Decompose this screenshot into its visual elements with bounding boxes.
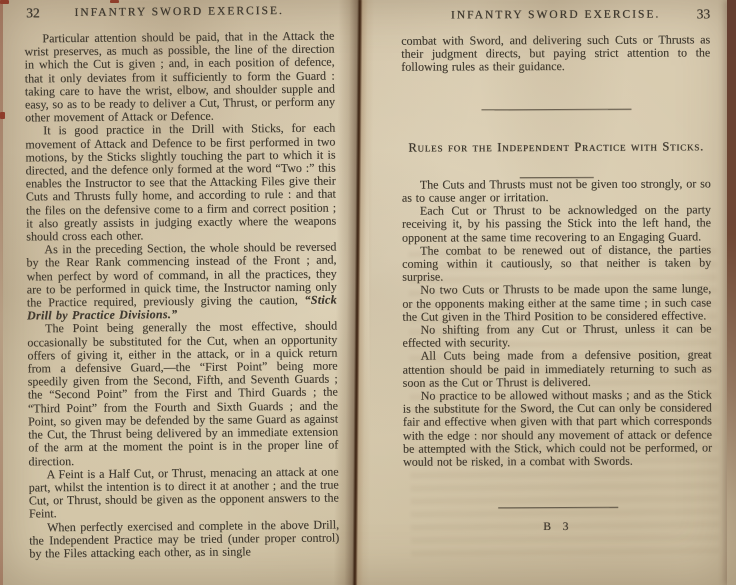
paragraph: When perfectly exercised and complete in… — [29, 518, 339, 561]
running-title: INFANTRY SWORD EXERCISE. — [24, 4, 334, 19]
page-header-left: 32 INFANTRY SWORD EXERCISE. — [24, 4, 334, 25]
page-body-left: Particular attention should be paid, tha… — [24, 29, 339, 560]
section-heading: Rules for the Independent Practice with … — [402, 140, 711, 155]
page-number: 32 — [26, 5, 40, 21]
paragraph: As in the preceding Section, the whole s… — [26, 241, 337, 323]
running-title: INFANTRY SWORD EXERCISE. — [401, 8, 710, 21]
page-right: INFANTRY SWORD EXERCISE. 33 combat with … — [368, 0, 736, 585]
rule-paragraph: No shifting from any Cut or Thrust, unle… — [402, 322, 711, 350]
page-header-right: INFANTRY SWORD EXERCISE. 33 — [401, 8, 710, 27]
page-body-right: combat with Sword, and delivering such C… — [401, 33, 712, 535]
page-number: 33 — [697, 6, 711, 22]
paragraph: The Point being generally the most effec… — [27, 320, 338, 468]
rule-paragraph: The Cuts and Thrusts must not be given t… — [402, 177, 711, 205]
footer-divider — [498, 507, 618, 509]
rule-paragraph: No practice to be allowed without masks … — [403, 388, 712, 469]
continuation-paragraph: combat with Sword, and delivering such C… — [401, 33, 710, 74]
paragraph-text: As in the preceding Section, the whole s… — [26, 240, 336, 310]
signature-mark: B 3 — [403, 521, 712, 536]
book-scan: 32 INFANTRY SWORD EXERCISE. Particular a… — [0, 0, 736, 585]
paragraph: A Feint is a Half Cut, or Thrust, menaci… — [28, 465, 338, 521]
page-left: 32 INFANTRY SWORD EXERCISE. Particular a… — [0, 0, 354, 585]
rule-paragraph: No two Cuts or Thrusts to be made upon t… — [402, 283, 711, 324]
rule-paragraph: The combat to be renewed out of distance… — [402, 243, 711, 284]
rule-paragraph: Each Cut or Thrust to be acknowledged on… — [402, 204, 711, 245]
paragraph: Particular attention should be paid, tha… — [24, 29, 335, 124]
section-divider — [481, 108, 631, 110]
paragraph: It is good practice in the Drill with St… — [25, 122, 336, 244]
rule-paragraph: All Cuts being made from a defensive pos… — [403, 349, 712, 390]
